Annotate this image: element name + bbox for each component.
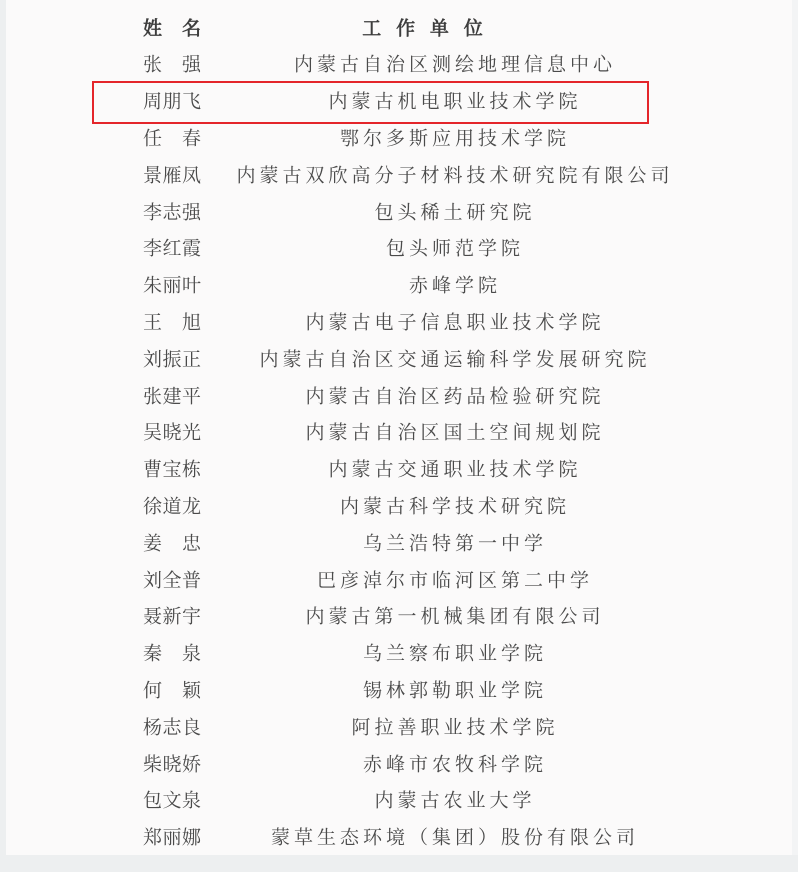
table-row: 曹宝栋 内蒙古交通职业技术学院 [6, 452, 792, 489]
table-row: 刘全普 巴彦淖尔市临河区第二中学 [6, 562, 792, 599]
table-row: 秦泉 乌兰察布职业学院 [6, 636, 792, 673]
person-name: 柴晓娇 [143, 755, 201, 774]
person-name: 周朋飞 [143, 93, 201, 112]
person-name: 姜忠 [143, 534, 201, 553]
work-unit: 赤峰市农牧科学院 [205, 755, 705, 774]
table-row: 何颖 锡林郭勒职业学院 [6, 673, 792, 710]
table-row: 吴晓光 内蒙古自治区国土空间规划院 [6, 415, 792, 452]
person-name: 何颖 [143, 681, 201, 700]
work-unit: 乌兰浩特第一中学 [205, 534, 705, 553]
person-name: 吴晓光 [143, 424, 201, 443]
work-unit: 内蒙古第一机械集团有限公司 [205, 608, 705, 627]
page-right-edge [792, 0, 798, 855]
table-row: 李志强 包头稀土研究院 [6, 194, 792, 231]
column-header-name: 姓名 [143, 19, 201, 38]
person-name: 徐道龙 [143, 497, 201, 516]
table-row: 柴晓娇 赤峰市农牧科学院 [6, 746, 792, 783]
table-row: 刘振正 内蒙古自治区交通运输科学发展研究院 [6, 341, 792, 378]
table-row: 张强 内蒙古自治区测绘地理信息中心 [6, 47, 792, 84]
person-name: 王旭 [143, 313, 201, 332]
person-name: 张强 [143, 56, 201, 75]
table-row: 包文泉 内蒙古农业大学 [6, 783, 792, 820]
person-name: 秦泉 [143, 645, 201, 664]
table-row: 徐道龙 内蒙古科学技术研究院 [6, 489, 792, 526]
work-unit: 内蒙古自治区交通运输科学发展研究院 [205, 350, 705, 369]
work-unit: 内蒙古双欣高分子材料技术研究院有限公司 [205, 166, 705, 185]
background-bottom-band [0, 855, 798, 872]
table-row: 周朋飞 内蒙古机电职业技术学院 [6, 84, 792, 121]
work-unit: 内蒙古自治区国土空间规划院 [205, 424, 705, 443]
work-unit: 内蒙古自治区测绘地理信息中心 [205, 56, 705, 75]
table-row: 杨志良 阿拉善职业技术学院 [6, 709, 792, 746]
column-header-org: 工作单位 [200, 19, 645, 38]
person-name: 朱丽叶 [143, 277, 201, 296]
table-row: 王旭 内蒙古电子信息职业技术学院 [6, 305, 792, 342]
work-unit: 锡林郭勒职业学院 [205, 681, 705, 700]
work-unit: 蒙草生态环境（集团）股份有限公司 [205, 829, 705, 848]
work-unit: 内蒙古科学技术研究院 [205, 497, 705, 516]
table-row: 李红霞 包头师范学院 [6, 231, 792, 268]
person-name: 杨志良 [143, 718, 201, 737]
table-row: 郑丽娜 蒙草生态环境（集团）股份有限公司 [6, 820, 792, 857]
work-unit: 内蒙古交通职业技术学院 [205, 461, 705, 480]
person-name: 曹宝栋 [143, 461, 201, 480]
table-row: 姜忠 乌兰浩特第一中学 [6, 525, 792, 562]
person-name: 李志强 [143, 203, 201, 222]
table-header: 姓名 工作单位 [6, 10, 792, 47]
table-row: 张建平 内蒙古自治区药品检验研究院 [6, 378, 792, 415]
table-body: 张强 内蒙古自治区测绘地理信息中心 周朋飞 内蒙古机电职业技术学院 任春 鄂尔多… [6, 47, 792, 857]
work-unit: 内蒙古农业大学 [205, 792, 705, 811]
table-row: 聂新宇 内蒙古第一机械集团有限公司 [6, 599, 792, 636]
work-unit: 内蒙古机电职业技术学院 [205, 93, 705, 112]
work-unit: 鄂尔多斯应用技术学院 [205, 129, 705, 148]
person-name: 景雁凤 [143, 166, 201, 185]
person-name: 刘振正 [143, 350, 201, 369]
table-row: 任春 鄂尔多斯应用技术学院 [6, 121, 792, 158]
work-unit: 包头师范学院 [205, 240, 705, 259]
work-unit: 阿拉善职业技术学院 [205, 718, 705, 737]
document-page: 姓名 工作单位 张强 内蒙古自治区测绘地理信息中心 周朋飞 内蒙古机电职业技术学… [6, 0, 792, 855]
person-name: 刘全普 [143, 571, 201, 590]
person-name: 李红霞 [143, 240, 201, 259]
person-name: 张建平 [143, 387, 201, 406]
work-unit: 赤峰学院 [205, 277, 705, 296]
work-unit: 内蒙古电子信息职业技术学院 [205, 313, 705, 332]
person-name: 包文泉 [143, 792, 201, 811]
person-name: 郑丽娜 [143, 829, 201, 848]
person-name: 聂新宇 [143, 608, 201, 627]
work-unit: 包头稀土研究院 [205, 203, 705, 222]
table-row: 朱丽叶 赤峰学院 [6, 268, 792, 305]
person-name: 任春 [143, 129, 201, 148]
work-unit: 内蒙古自治区药品检验研究院 [205, 387, 705, 406]
work-unit: 乌兰察布职业学院 [205, 645, 705, 664]
work-unit: 巴彦淖尔市临河区第二中学 [205, 571, 705, 590]
table-row: 景雁凤 内蒙古双欣高分子材料技术研究院有限公司 [6, 157, 792, 194]
